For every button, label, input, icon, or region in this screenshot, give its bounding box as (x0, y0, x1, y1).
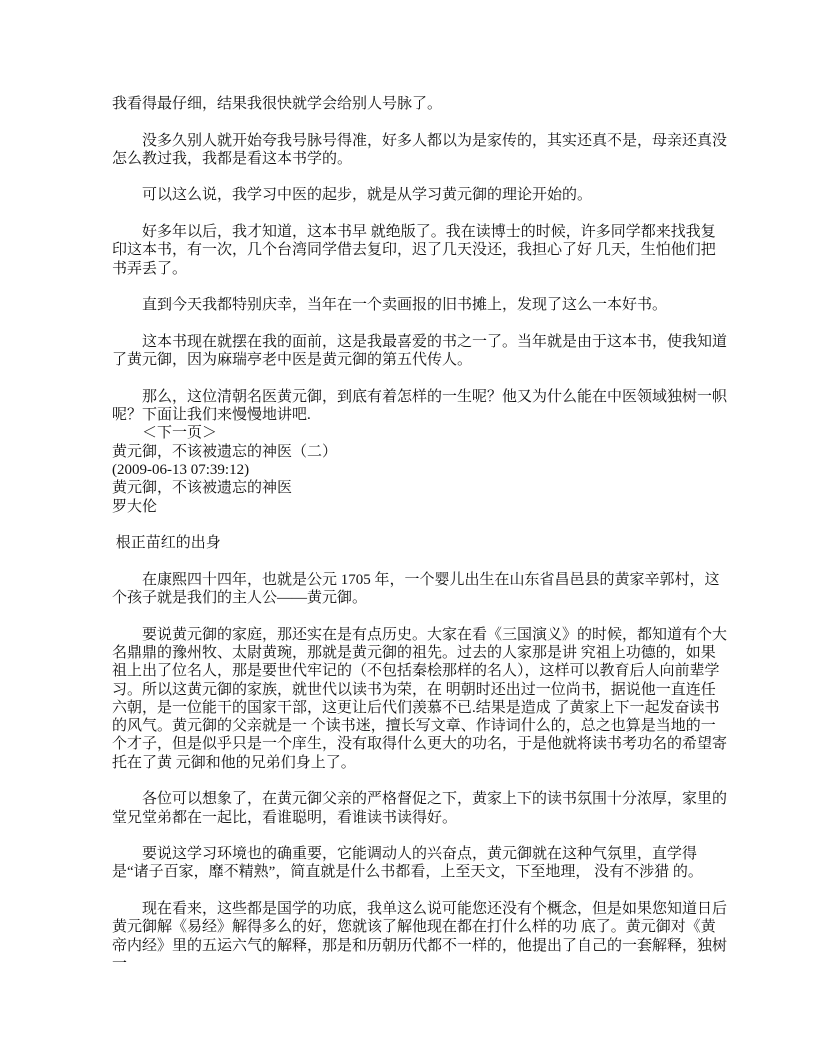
post-title: 黄元御，不该被遗忘的神医 (112, 479, 730, 497)
paragraph: 现在看来，这些都是国学的功底，我单这么说可能您还没有个概念，但是如果您知道日后黄… (112, 900, 730, 973)
paragraph: 没多久别人就开始夸我号脉号得准，好多人都以为是家传的，其实还真不是，母亲还真没怎… (112, 132, 730, 169)
author-name: 罗大伦 (112, 498, 730, 516)
paragraph: 好多年以后，我才知道，这本书早 就绝版了。我在读博士的时候，许多同学都来找我复印… (112, 223, 730, 278)
post-title-part2: 黄元御，不该被遗忘的神医（二） (112, 443, 730, 461)
document-body: 我看得最仔细，结果我很快就学会给别人号脉了。 没多久别人就开始夸我号脉号得准，好… (112, 95, 730, 973)
paragraph-continuation: 我看得最仔细，结果我很快就学会给别人号脉了。 (112, 95, 730, 113)
next-page-marker: ＜下一页＞ (112, 424, 730, 442)
paragraph: 要说这学习环境也的确重要，它能调动人的兴奋点，黄元御就在这种气氛里，直学得是“诸… (112, 845, 730, 882)
paragraph: 那么，这位清朝名医黄元御，到底有着怎样的一生呢？他又为什么能在中医领域独树一帜呢… (112, 388, 730, 425)
paragraph: 直到今天我都特别庆幸，当年在一个卖画报的旧书摊上，发现了这么一本好书。 (112, 296, 730, 314)
document-page: 我看得最仔细，结果我很快就学会给别人号脉了。 没多久别人就开始夸我号脉号得准，好… (0, 0, 816, 1056)
paragraph: 这本书现在就摆在我的面前，这是我最喜爱的书之一了。当年就是由于这本书，使我知道了… (112, 333, 730, 370)
paragraph: 可以这么说，我学习中医的起步，就是从学习黄元御的理论开始的。 (112, 186, 730, 204)
paragraph: 各位可以想象了，在黄元御父亲的严格督促之下，黄家上下的读书氛围十分浓厚，家里的堂… (112, 790, 730, 827)
paragraph: 在康熙四十四年，也就是公元 1705 年，一个婴儿出生在山东省昌邑县的黄家辛郭村… (112, 571, 730, 608)
section-heading: 根正苗红的出身 (112, 534, 730, 552)
post-timestamp: (2009-06-13 07:39:12) (112, 461, 730, 479)
paragraph: 要说黄元御的家庭，那还实在是有点历史。大家在看《三国演义》的时候，都知道有个大名… (112, 626, 730, 772)
